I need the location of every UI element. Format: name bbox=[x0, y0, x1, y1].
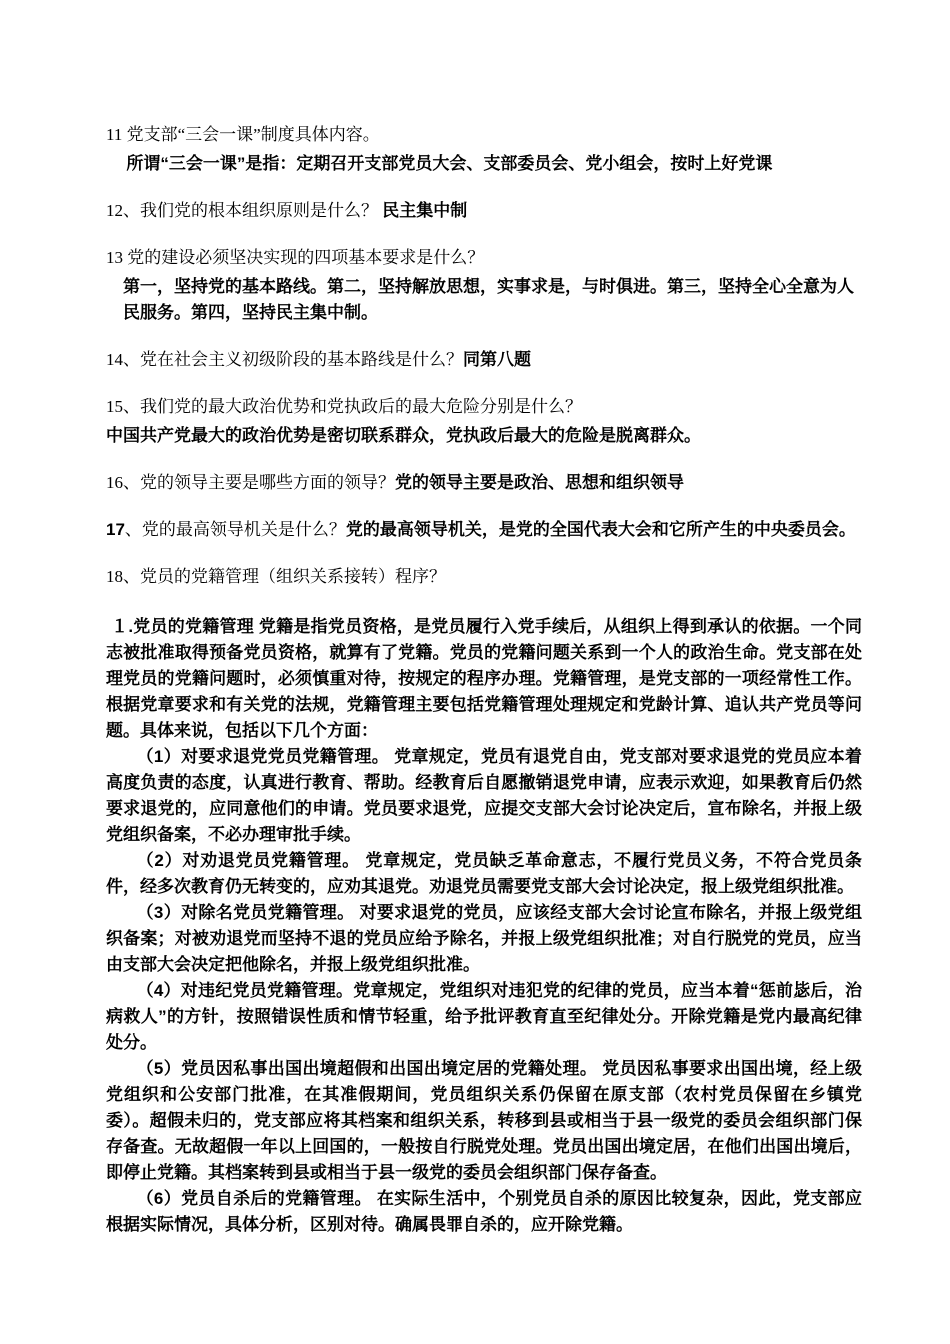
body-item-5-run-0: （5）党员因私事出国出境超假和出国出境定居的党籍处理。 党员因私事要求出国出境，… bbox=[106, 1059, 862, 1182]
answer-15: 中国共产党最大的政治优势是密切联系群众，党执政后最大的危险是脱离群众。 bbox=[106, 423, 862, 449]
question-17-run-1: 、党的最高领导机关是什么？ bbox=[125, 520, 346, 539]
answer-11-run-0: 所谓“三会一课”是指：定期召开支部党员大会、支部委员会、党小组会，按时上好党课 bbox=[126, 154, 772, 173]
body-item-1: （1）对要求退党党员党籍管理。 党章规定，党员有退党自由，党支部对要求退党的党员… bbox=[106, 744, 862, 848]
document-body: 11 党支部“三会一课”制度具体内容。所谓“三会一课”是指：定期召开支部党员大会… bbox=[106, 122, 862, 1238]
question-12-run-0: 12、我们党的根本组织原则是什么？ bbox=[106, 201, 382, 220]
question-15: 15、我们党的最大政治优势和党执政后的最大危险分别是什么？ bbox=[106, 394, 862, 420]
question-13: 13 党的建设必须坚决实现的四项基本要求是什么？ bbox=[106, 245, 862, 271]
question-18-run-0: 18、党员的党籍管理（组织关系接转）程序？ bbox=[106, 567, 446, 586]
answer-15-run-0: 中国共产党最大的政治优势是密切联系群众，党执政后最大的危险是脱离群众。 bbox=[106, 426, 701, 445]
question-17: 17、党的最高领导机关是什么？党的最高领导机关，是党的全国代表大会和它所产生的中… bbox=[106, 517, 862, 543]
body-item-6-run-0: （6）党员自杀后的党籍管理。 在实际生活中，个别党员自杀的原因比较复杂，因此，党… bbox=[106, 1189, 862, 1234]
body-item-4-run-0: （4）对违纪党员党籍管理。党章规定，党组织对违犯党的纪律的党员，应当本着“惩前毖… bbox=[106, 981, 862, 1052]
question-14-run-1: 同第八题 bbox=[463, 350, 531, 369]
question-14: 14、党在社会主义初级阶段的基本路线是什么？同第八题 bbox=[106, 347, 862, 373]
body-item-2-run-0: （2）对劝退党员党籍管理。 党章规定，党员缺乏革命意志，不履行党员义务，不符合党… bbox=[106, 851, 862, 896]
body-intro-run-0: １.党员的党籍管理 党籍是指党员资格，是党员履行入党手续后，从组织上得到承认的依… bbox=[106, 617, 862, 740]
question-13-run-0: 13 党的建设必须坚决实现的四项基本要求是什么？ bbox=[106, 248, 484, 267]
question-18: 18、党员的党籍管理（组织关系接转）程序？ bbox=[106, 564, 862, 590]
body-item-3: （3）对除名党员党籍管理。 对要求退党的党员，应该经支部大会讨论宣布除名，并报上… bbox=[106, 900, 862, 978]
body-intro: １.党员的党籍管理 党籍是指党员资格，是党员履行入党手续后，从组织上得到承认的依… bbox=[106, 614, 862, 744]
question-12-run-1: 民主集中制 bbox=[382, 201, 467, 220]
question-17-run-2: 党的最高领导机关，是党的全国代表大会和它所产生的中央委员会。 bbox=[346, 520, 856, 539]
answer-11: 所谓“三会一课”是指：定期召开支部党员大会、支部委员会、党小组会，按时上好党课 bbox=[106, 151, 862, 177]
question-16: 16、党的领导主要是哪些方面的领导？党的领导主要是政治、思想和组织领导 bbox=[106, 470, 862, 496]
body-item-6: （6）党员自杀后的党籍管理。 在实际生活中，个别党员自杀的原因比较复杂，因此，党… bbox=[106, 1186, 862, 1238]
question-11-run-0: 11 党支部“三会一课”制度具体内容。 bbox=[106, 125, 380, 144]
body-item-4: （4）对违纪党员党籍管理。党章规定，党组织对违犯党的纪律的党员，应当本着“惩前毖… bbox=[106, 978, 862, 1056]
question-16-run-0: 16、党的领导主要是哪些方面的领导？ bbox=[106, 473, 395, 492]
body-item-5: （5）党员因私事出国出境超假和出国出境定居的党籍处理。 党员因私事要求出国出境，… bbox=[106, 1056, 862, 1186]
document-page: 11 党支部“三会一课”制度具体内容。所谓“三会一课”是指：定期召开支部党员大会… bbox=[0, 0, 950, 1344]
question-17-run-0: 17 bbox=[106, 520, 125, 539]
question-16-run-1: 党的领导主要是政治、思想和组织领导 bbox=[395, 473, 684, 492]
answer-13: 第一，坚持党的基本路线。第二，坚持解放思想，实事求是，与时俱进。第三，坚持全心全… bbox=[106, 274, 862, 326]
body-item-3-run-0: （3）对除名党员党籍管理。 对要求退党的党员，应该经支部大会讨论宣布除名，并报上… bbox=[106, 903, 862, 974]
question-11: 11 党支部“三会一课”制度具体内容。 bbox=[106, 122, 862, 148]
body-item-2: （2）对劝退党员党籍管理。 党章规定，党员缺乏革命意志，不履行党员义务，不符合党… bbox=[106, 848, 862, 900]
question-14-run-0: 14、党在社会主义初级阶段的基本路线是什么？ bbox=[106, 350, 463, 369]
question-12: 12、我们党的根本组织原则是什么？ 民主集中制 bbox=[106, 198, 862, 224]
question-15-run-0: 15、我们党的最大政治优势和党执政后的最大危险分别是什么？ bbox=[106, 397, 582, 416]
body-item-1-run-0: （1）对要求退党党员党籍管理。 党章规定，党员有退党自由，党支部对要求退党的党员… bbox=[106, 747, 862, 844]
answer-13-run-0: 第一，坚持党的基本路线。第二，坚持解放思想，实事求是，与时俱进。第三，坚持全心全… bbox=[123, 277, 854, 322]
